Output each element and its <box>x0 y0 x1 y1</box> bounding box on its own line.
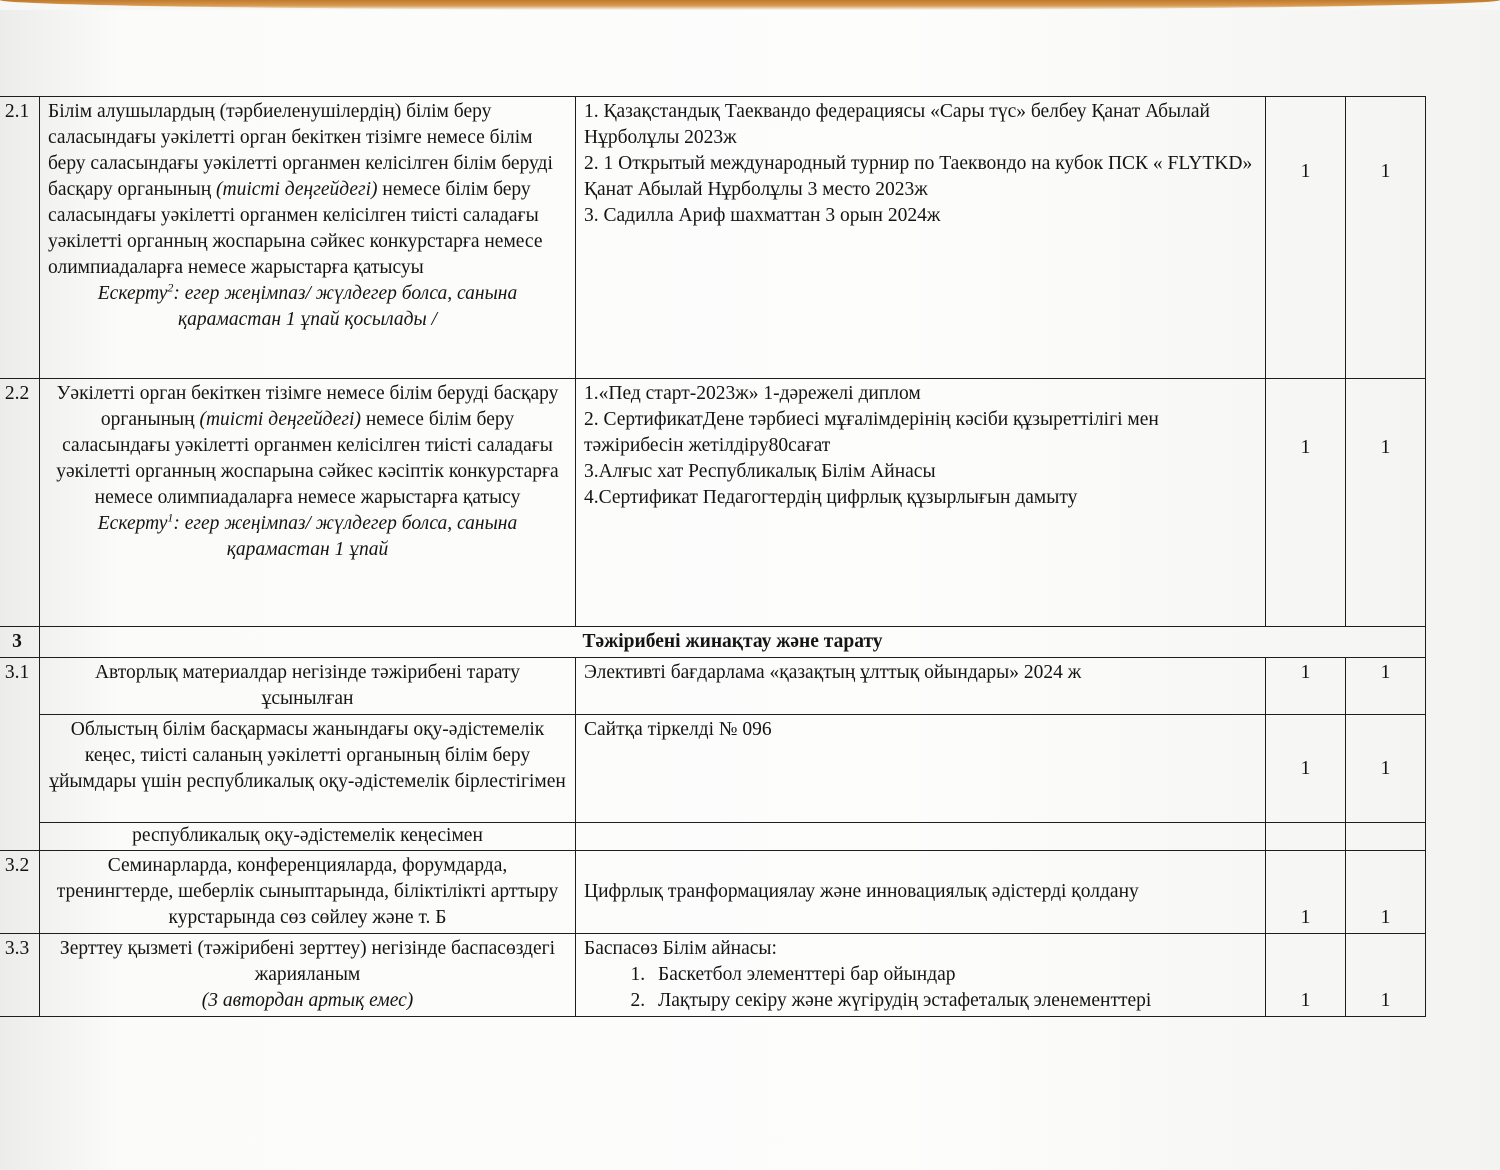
table-row-3-1-a: 3.1 Авторлық материалдар негізінде тәжір… <box>0 658 1426 715</box>
score-2: 1 <box>1346 934 1426 1017</box>
criterion-italic: (тиісті деңгейдегі) <box>216 179 378 200</box>
criterion-note: Ескерту2: егер жеңімпаз/ жүлдегер болса,… <box>48 281 567 333</box>
criterion-text: Зерттеу қызметі (тәжірибені зерттеу) нег… <box>60 938 555 985</box>
criterion-cell: республикалық оқу-әдістемелік кеңесімен <box>40 823 576 851</box>
evidence-title: Баспасөз Білім айнасы: <box>584 936 1257 962</box>
row-number: 2.1 <box>0 97 40 379</box>
evidence-item: 1.«Пед старт-2023ж» 1-дәрежелі диплом <box>584 381 1257 407</box>
criterion-cell: Уәкілетті орган бекіткен тізімге немесе … <box>40 379 576 627</box>
evidence-item: Баскетбол элементтері бар ойындар <box>650 962 1257 988</box>
section-title: Тәжірибені жинақтау және тарату <box>40 627 1426 658</box>
table-row-3-1-c: республикалық оқу-әдістемелік кеңесімен <box>0 823 1426 851</box>
evidence-item: 3.Алғыс хат Республикалық Білім Айнасы <box>584 459 1257 485</box>
criterion-cell: Зерттеу қызметі (тәжірибені зерттеу) нег… <box>40 934 576 1017</box>
score-1: 1 <box>1266 97 1346 379</box>
evidence-cell: Сайтқа тіркелді № 096 <box>576 715 1266 823</box>
score-1: 1 <box>1266 715 1346 823</box>
score-2: 1 <box>1346 379 1426 627</box>
criterion-cell: Авторлық материалдар негізінде тәжірибен… <box>40 658 576 715</box>
note-label: Ескерту <box>98 513 168 534</box>
assessment-table: 2.1 Білім алушылардың (тәрбиеленушілерді… <box>0 96 1426 1017</box>
score-1: 1 <box>1266 851 1346 934</box>
section-number: 3 <box>0 627 40 658</box>
evidence-cell: Элективті бағдарлама «қазақтың ұлттық ой… <box>576 658 1266 715</box>
criterion-cell: Семинарларда, конференцияларда, форумдар… <box>40 851 576 934</box>
evidence-item: 2. СертификатДене тәрбиесі мұғалімдеріні… <box>584 407 1257 459</box>
score-2 <box>1346 823 1426 851</box>
evidence-cell <box>576 823 1266 851</box>
table-row-3-1-b: Облыстың білім басқармасы жанындағы оқу-… <box>0 715 1426 823</box>
table-row-3-3: 3.3 Зерттеу қызметі (тәжірибені зерттеу)… <box>0 934 1426 1017</box>
section-header-3: 3 Тәжірибені жинақтау және тарату <box>0 627 1426 658</box>
desk-edge <box>0 0 1500 10</box>
criterion-note: (3 автордан артық емес) <box>48 988 567 1014</box>
score-1 <box>1266 823 1346 851</box>
row-number: 3.1 <box>0 658 40 851</box>
table-row-2-2: 2.2 Уәкілетті орган бекіткен тізімге нем… <box>0 379 1426 627</box>
row-number: 2.2 <box>0 379 40 627</box>
score-2: 1 <box>1346 97 1426 379</box>
row-number: 3.3 <box>0 934 40 1017</box>
evidence-cell: 1.«Пед старт-2023ж» 1-дәрежелі диплом 2.… <box>576 379 1266 627</box>
criterion-italic: (тиісті деңгейдегі) <box>199 409 361 430</box>
criterion-cell: Облыстың білім басқармасы жанындағы оқу-… <box>40 715 576 823</box>
criterion-note: Ескерту1: егер жеңімпаз/ жүлдегер болса,… <box>48 511 567 563</box>
evidence-cell: 1. Қазақстандық Таеквандо федерациясы «С… <box>576 97 1266 379</box>
score-1: 1 <box>1266 658 1346 715</box>
evidence-list: Баскетбол элементтері бар ойындар Лақтыр… <box>584 962 1257 1014</box>
evidence-item: 2. 1 Открытый международный турнир по Та… <box>584 151 1257 203</box>
evidence-cell: Цифрлық транформациялау және инновациялы… <box>576 851 1266 934</box>
row-number: 3.2 <box>0 851 40 934</box>
note-text: : егер жеңімпаз/ жүлдегер болса, санына … <box>173 513 517 560</box>
score-1: 1 <box>1266 379 1346 627</box>
evidence-item: 1. Қазақстандық Таеквандо федерациясы «С… <box>584 99 1257 151</box>
score-2: 1 <box>1346 715 1426 823</box>
evidence-item: 4.Сертификат Педагогтердің цифрлық құзыр… <box>584 485 1257 511</box>
evidence-cell: Баспасөз Білім айнасы: Баскетбол элемент… <box>576 934 1266 1017</box>
note-text: : егер жеңімпаз/ жүлдегер болса, санына … <box>173 283 517 330</box>
evidence-item: Лақтыру секіру және жүгірудің эстафеталы… <box>650 988 1257 1014</box>
score-2: 1 <box>1346 851 1426 934</box>
score-1: 1 <box>1266 934 1346 1017</box>
table-row-3-2: 3.2 Семинарларда, конференцияларда, фору… <box>0 851 1426 934</box>
table-row-2-1: 2.1 Білім алушылардың (тәрбиеленушілерді… <box>0 97 1426 379</box>
score-2: 1 <box>1346 658 1426 715</box>
note-label: Ескерту <box>98 283 168 304</box>
criterion-cell: Білім алушылардың (тәрбиеленушілердің) б… <box>40 97 576 379</box>
evidence-item: 3. Садилла Ариф шахматтан 3 орын 2024ж <box>584 203 1257 229</box>
